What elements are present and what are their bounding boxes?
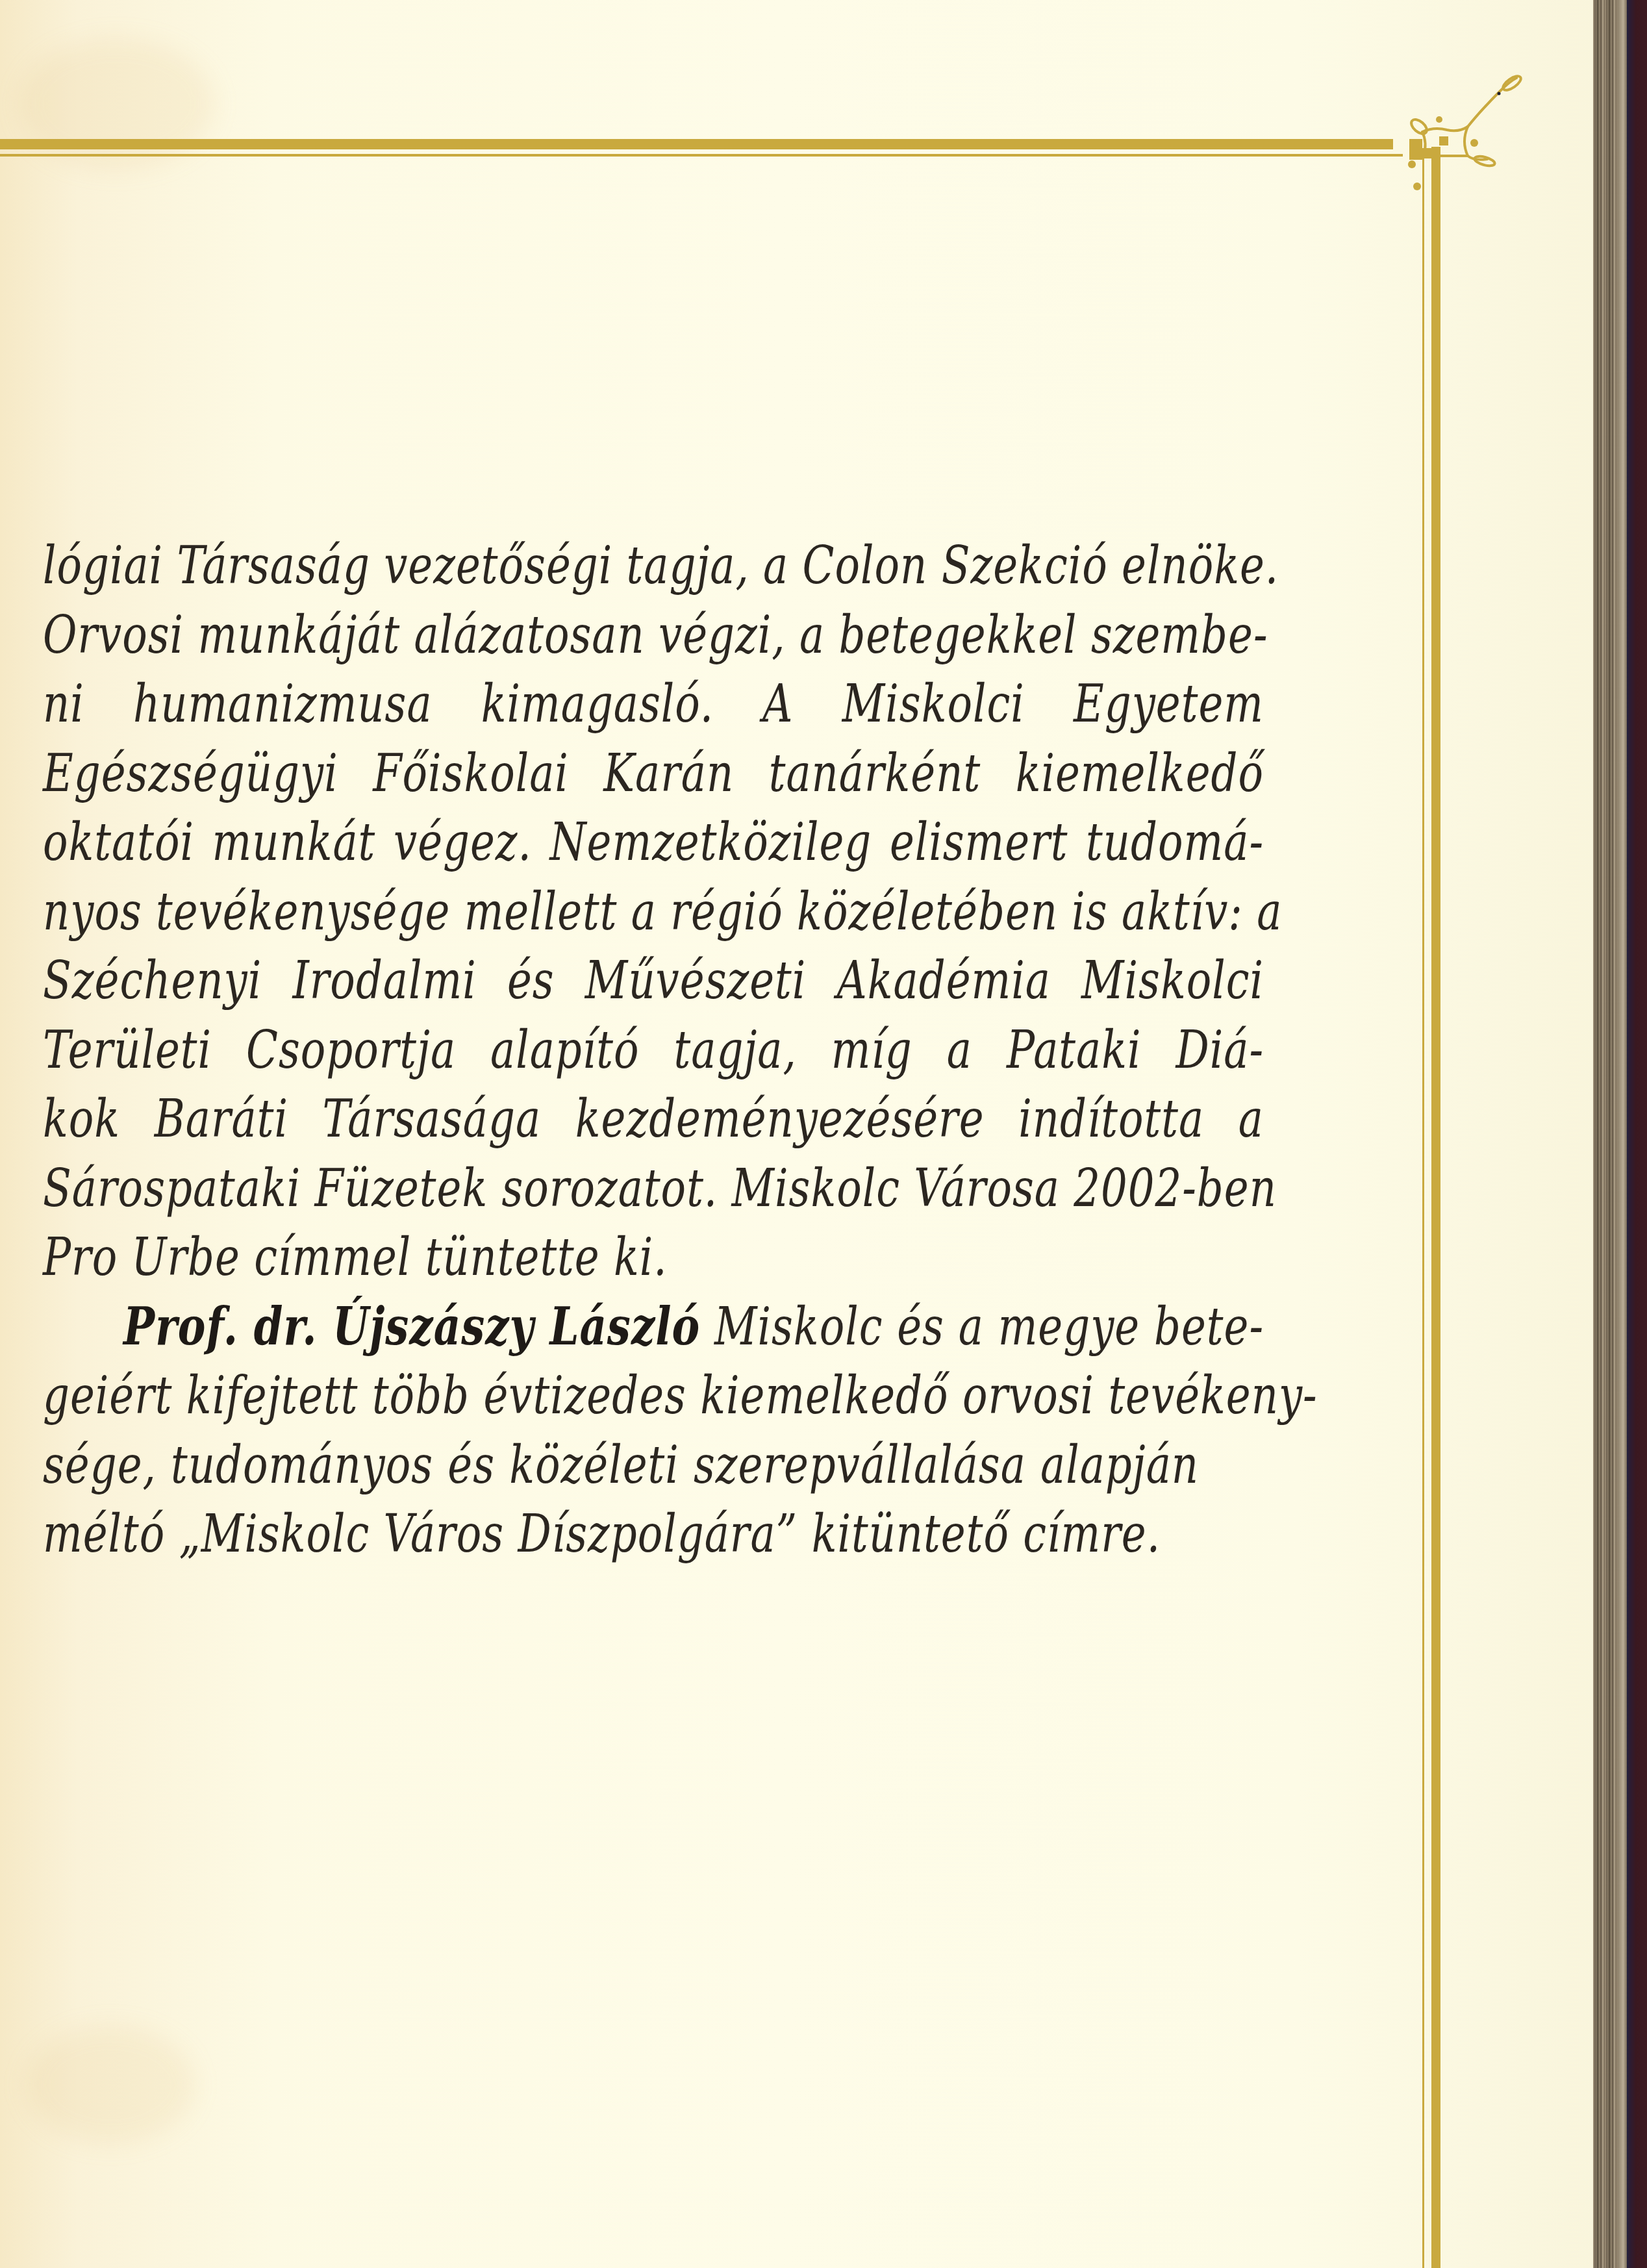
handwritten-text: lógiai Társaság vezetőségi tagja, a Colo… bbox=[0, 0, 1364, 1689]
honoree-name: Prof. dr. Újszászy László bbox=[123, 1296, 700, 1357]
book-cover bbox=[1627, 0, 1647, 2268]
corner-ornament-icon bbox=[1370, 65, 1533, 214]
text-line: méltó „Miskolc Város Díszpolgára” kitünt… bbox=[43, 1490, 1264, 1580]
text-fragment: Miskolc és a megye bete- bbox=[714, 1297, 1264, 1357]
paper-stain bbox=[26, 2026, 195, 2143]
book-page: lógiai Társaság vezetőségi tagja, a Colo… bbox=[0, 0, 1593, 2268]
book-page-edges bbox=[1593, 0, 1627, 2268]
gold-border-right-thick bbox=[1431, 147, 1440, 2268]
gold-border-right-thin bbox=[1422, 156, 1424, 2268]
